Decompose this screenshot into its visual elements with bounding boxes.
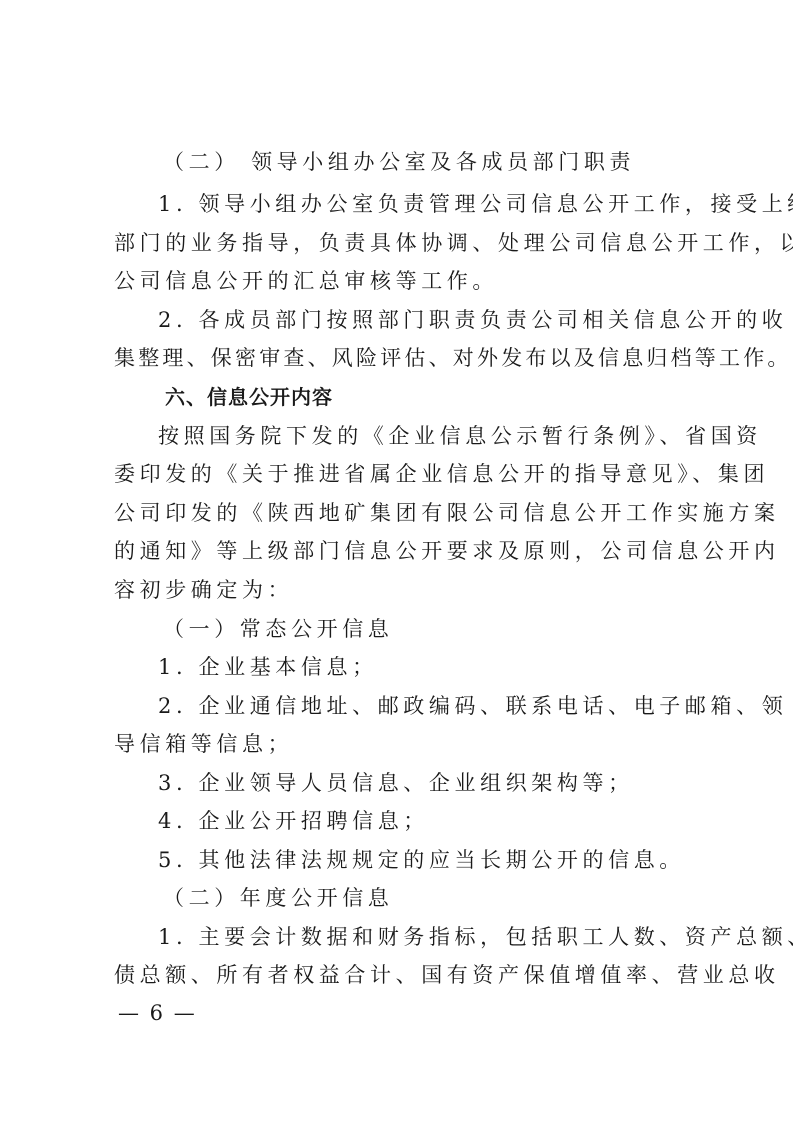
section-subheading-regular-disclosure: （一）常态公开信息	[163, 616, 393, 642]
paragraph-line: 公司印发的《陕西地矿集团有限公司信息公开工作实施方案	[114, 500, 780, 526]
list-item: 2. 企业通信地址、邮政编码、联系电话、电子邮箱、领	[158, 693, 787, 719]
paragraph-line: 2. 各成员部门按照部门职责负责公司相关信息公开的收	[158, 307, 787, 333]
list-item-continuation: 导信箱等信息；	[114, 731, 293, 757]
section-subheading-annual-disclosure: （二）年度公开信息	[163, 885, 393, 911]
paragraph-line: 部门的业务指导，负责具体协调、处理公司信息公开工作，以及	[114, 230, 793, 256]
paragraph-line: 公司信息公开的汇总审核等工作。	[114, 268, 498, 294]
document-page: （二） 领导小组办公室及各成员部门职责 1. 领导小组办公室负责管理公司信息公开…	[0, 0, 793, 1122]
list-item: 3. 企业领导人员信息、企业组织架构等；	[158, 770, 634, 796]
paragraph-line: 1. 领导小组办公室负责管理公司信息公开工作，接受上级	[158, 191, 793, 217]
list-item: 4. 企业公开招聘信息；	[158, 808, 429, 834]
paragraph-line: 的通知》等上级部门信息公开要求及原则，公司信息公开内	[114, 538, 780, 564]
paragraph-line: 容初步确定为：	[114, 577, 293, 603]
list-item: 1. 主要会计数据和财务指标，包括职工人数、资产总额、负	[158, 924, 793, 950]
list-item-continuation: 债总额、所有者权益合计、国有资产保值增值率、营业总收	[114, 962, 780, 988]
paragraph-line: 集整理、保密审查、风险评估、对外发布以及信息归档等工作。	[114, 345, 792, 371]
paragraph-line: 委印发的《关于推进省属企业信息公开的指导意见》、集团	[114, 461, 769, 487]
section-heading-info-disclosure-content: 六、信息公开内容	[165, 384, 333, 410]
list-item: 1. 企业基本信息；	[158, 654, 378, 680]
page-number: — 6 —	[118, 1000, 197, 1026]
section-subheading-leadership-office: （二） 领导小组办公室及各成员部门职责	[163, 149, 635, 175]
list-item: 5. 其他法律法规规定的应当长期公开的信息。	[158, 847, 685, 873]
paragraph-line: 按照国务院下发的《企业信息公示暂行条例》、省国资	[158, 423, 762, 449]
